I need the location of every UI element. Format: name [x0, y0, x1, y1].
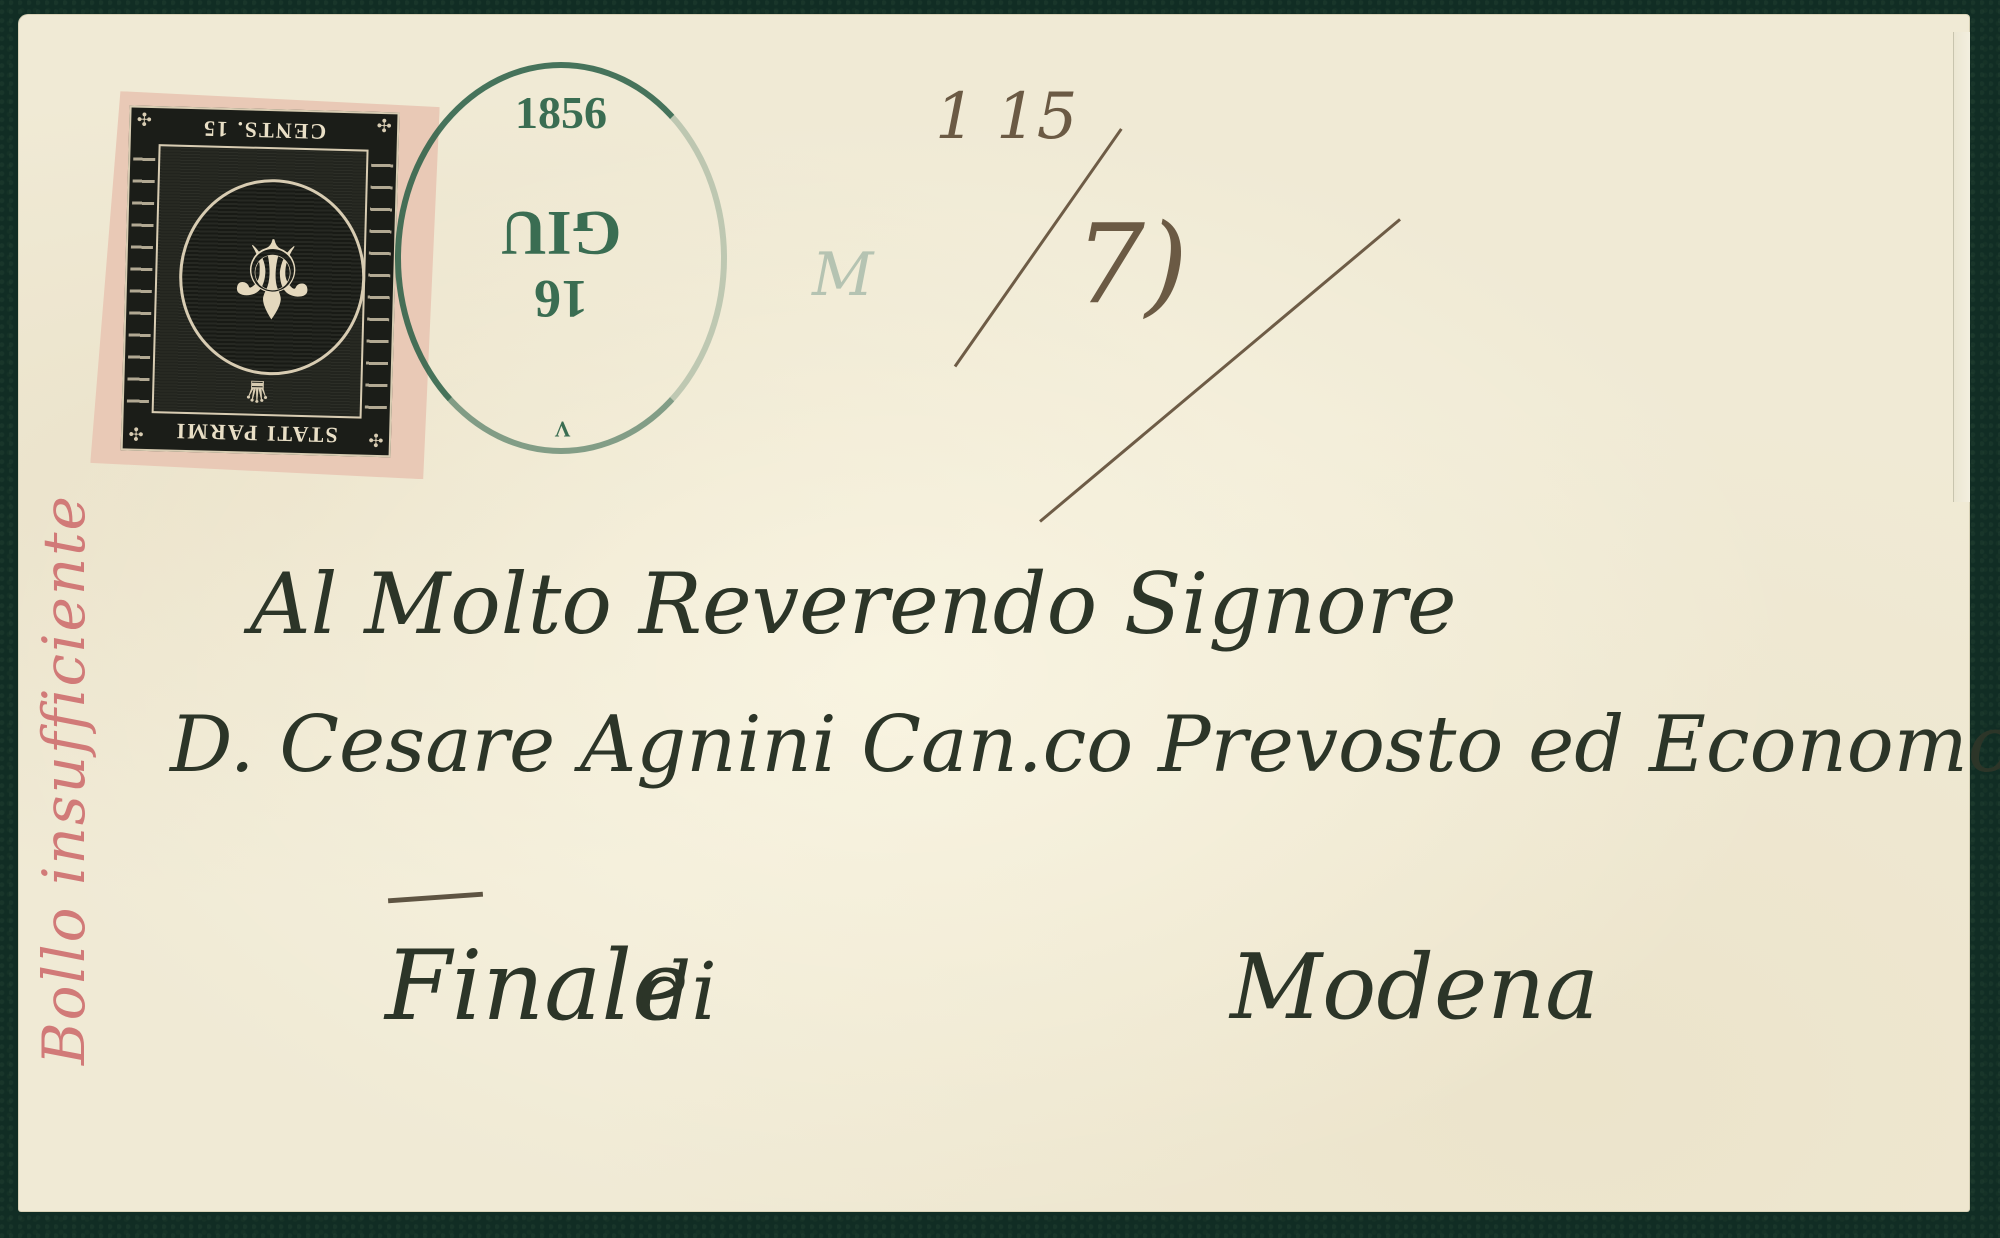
stamp-country-text: STATI PARMI [123, 416, 390, 449]
address-connector: di [640, 945, 717, 1038]
address-line-2: D. Cesare Agnini Can.co Prevosto ed Econ… [170, 700, 2000, 790]
faint-mark: M [812, 240, 873, 310]
postmark-month: GIU [401, 196, 721, 270]
manuscript-rate-top: 1 15 [935, 80, 1078, 154]
stamp-value-text: CENTS. 15 [131, 113, 398, 146]
folded-edge [1953, 32, 1970, 502]
red-manuscript-annotation: Bollo insufficiente [30, 494, 98, 1065]
manuscript-rate-main: 7) [1075, 200, 1188, 328]
circular-postmark: V 16 GIU 1856 [395, 62, 727, 454]
postage-stamp: ✣ ✣ ✣ ✣ CENTS. 15 ⚜ ♛ STATI PARMI [90, 91, 440, 480]
postmark-day: 16 [401, 268, 721, 330]
crown-icon: ♛ [194, 366, 321, 409]
fleur-de-lis-icon: ⚜ [221, 221, 322, 334]
stamp-center-panel: ⚜ ♛ [152, 144, 369, 418]
stamp-oval: ⚜ [177, 177, 368, 378]
greek-key-border [365, 154, 394, 415]
postmark-town: V [401, 416, 721, 442]
greek-key-border [127, 148, 156, 409]
address-line-1: Al Molto Reverendo Signore [250, 555, 1457, 653]
stamp-design: ✣ ✣ ✣ ✣ CENTS. 15 ⚜ ♛ STATI PARMI [121, 105, 400, 457]
postmark-year: 1856 [401, 86, 721, 139]
address-province: Modena [1230, 935, 1599, 1040]
